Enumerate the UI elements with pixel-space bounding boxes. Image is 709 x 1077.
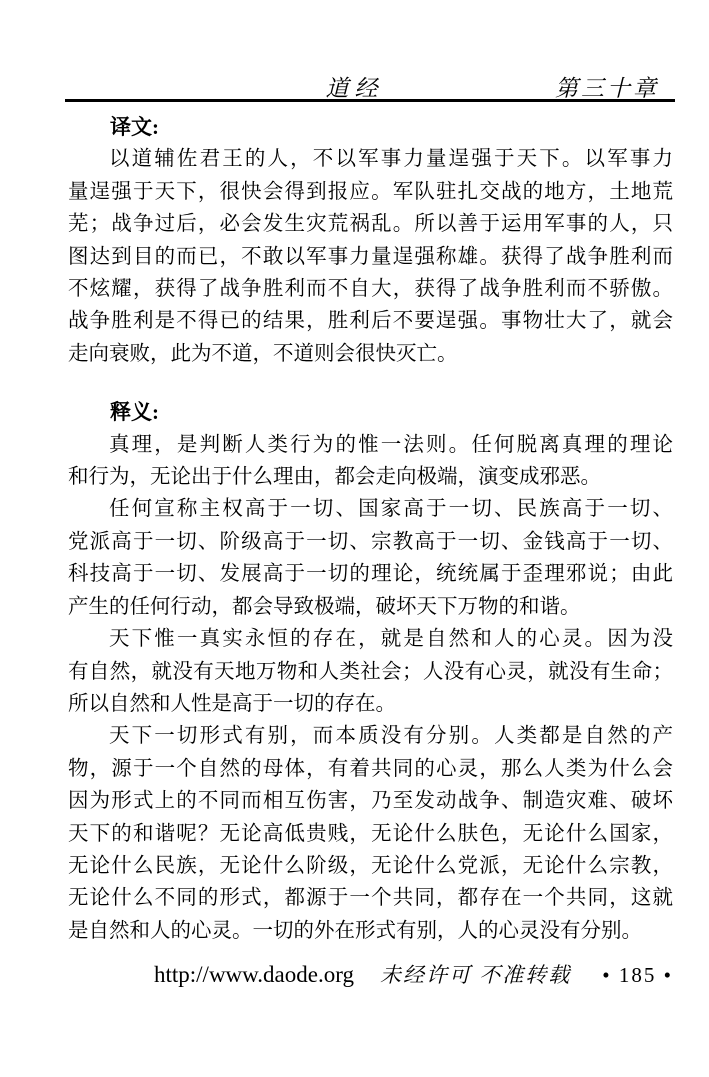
text-line: 图达到目的而已，不敢以军事力量逞强称雄。获得了战争胜利而	[68, 241, 673, 273]
text-line: 战争胜利是不得已的结果，胜利后不要逞强。事物壮大了，就会	[68, 305, 673, 337]
text-line: 是自然和人的心灵。一切的外在形式有别，人的心灵没有分别。	[68, 915, 673, 947]
text-section: 释义:真理，是判断人类行为的惟一法则。任何脱离真理的理论和行为，无论出于什么理由…	[68, 396, 673, 947]
paragraph: 天下一切形式有别，而本质没有分别。人类都是自然的产物，源于一个自然的母体，有着共…	[68, 720, 673, 947]
section-heading: 译文:	[68, 111, 673, 143]
text-line: 产生的任何行动，都会导致极端，破坏天下万物的和谐。	[68, 591, 673, 623]
footer-license-notice: 未经许可 不准转载	[380, 959, 571, 989]
text-line: 真理，是判断人类行为的惟一法则。任何脱离真理的理论	[68, 429, 673, 461]
text-line: 任何宣称主权高于一切、国家高于一切、民族高于一切、	[68, 493, 673, 525]
footer-url: http://www.daode.org	[154, 962, 354, 988]
text-line: 量逞强于天下，很快会得到报应。军队驻扎交战的地方，土地荒	[68, 176, 673, 208]
text-line: 天下一切形式有别，而本质没有分别。人类都是自然的产	[68, 720, 673, 752]
text-line: 物，源于一个自然的母体，有着共同的心灵，那么人类为什么会	[68, 753, 673, 785]
text-line: 无论什么民族，无论什么阶级，无论什么党派，无论什么宗教，	[68, 850, 673, 882]
page-footer: http://www.daode.org 未经许可 不准转载 • 185 •	[68, 959, 673, 991]
paragraph: 真理，是判断人类行为的惟一法则。任何脱离真理的理论和行为，无论出于什么理由，都会…	[68, 429, 673, 494]
text-line: 有自然，就没有天地万物和人类社会；人没有心灵，就没有生命；	[68, 656, 673, 688]
text-line: 因为形式上的不同而相互伤害，乃至发动战争、制造灾难、破坏	[68, 785, 673, 817]
text-line: 以道辅佐君王的人，不以军事力量逞强于天下。以军事力	[68, 143, 673, 175]
text-line: 芜；战争过后，必会发生灾荒祸乱。所以善于运用军事的人，只	[68, 208, 673, 240]
text-line: 走向衰败，此为不道，不道则会很快灭亡。	[68, 338, 673, 370]
text-line: 天下惟一真实永恒的存在，就是自然和人的心灵。因为没	[68, 623, 673, 655]
paragraph: 以道辅佐君王的人，不以军事力量逞强于天下。以军事力量逞强于天下，很快会得到报应。…	[68, 143, 673, 370]
text-section: 译文:以道辅佐君王的人，不以军事力量逞强于天下。以军事力量逞强于天下，很快会得到…	[68, 111, 673, 370]
text-line: 党派高于一切、阶级高于一切、宗教高于一切、金钱高于一切、	[68, 526, 673, 558]
text-line: 无论什么不同的形式，都源于一个共同，都存在一个共同，这就	[68, 882, 673, 914]
text-line: 天下的和谐呢？无论高低贵贱，无论什么肤色，无论什么国家，	[68, 818, 673, 850]
text-line: 所以自然和人性是高于一切的存在。	[68, 688, 673, 720]
footer-page-number: • 185 •	[602, 963, 673, 988]
header-rule	[65, 99, 675, 102]
text-line: 和行为，无论出于什么理由，都会走向极端，演变成邪恶。	[68, 461, 673, 493]
text-line: 科技高于一切、发展高于一切的理论，统统属于歪理邪说；由此	[68, 558, 673, 590]
paragraph: 任何宣称主权高于一切、国家高于一切、民族高于一切、党派高于一切、阶级高于一切、宗…	[68, 493, 673, 623]
section-heading: 释义:	[68, 396, 673, 428]
page-header: 道经 第三十章	[0, 70, 709, 100]
text-line: 不炫耀，获得了战争胜利而不自大，获得了战争胜利而不骄傲。	[68, 273, 673, 305]
page-body: 译文:以道辅佐君王的人，不以军事力量逞强于天下。以军事力量逞强于天下，很快会得到…	[68, 111, 673, 947]
paragraph: 天下惟一真实永恒的存在，就是自然和人的心灵。因为没有自然，就没有天地万物和人类社…	[68, 623, 673, 720]
book-page: 道经 第三十章 译文:以道辅佐君王的人，不以军事力量逞强于天下。以军事力量逞强于…	[0, 0, 709, 1077]
